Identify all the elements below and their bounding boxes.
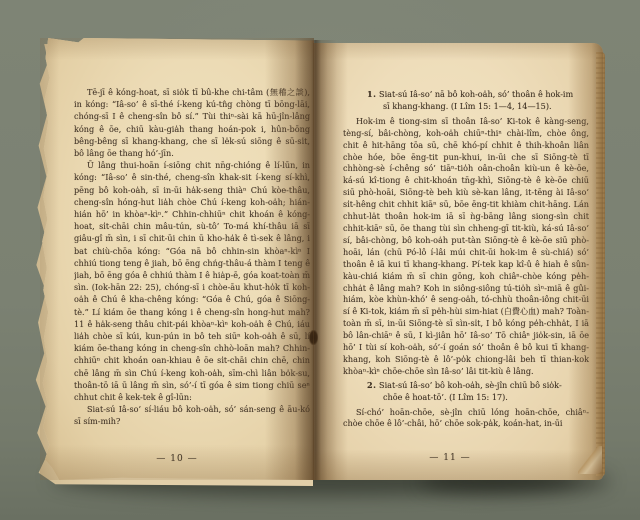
left-paragraph-1: Tē-jī ê kóng-hoat, sī sio̍k tī bû-khe ch…: [74, 86, 310, 159]
left-page-text: Tē-jī ê kóng-hoat, sī sio̍k tī bû-khe ch…: [74, 86, 310, 446]
section-2-heading: 2. Siat-sú Iâ-so’ bô koh-oa̍h, sè-jîn ch…: [343, 380, 589, 404]
section-1-heading: 1. Siat-sú Iâ-so’ nā bô koh-oa̍h, só’ th…: [343, 89, 589, 113]
section-2-number: 2.: [367, 380, 376, 390]
book-photo: Tē-jī ê kóng-hoat, sī sio̍k tī bû-khe ch…: [0, 0, 640, 520]
fore-edge-page-block: [596, 52, 605, 476]
section-1-number: 1.: [367, 89, 376, 99]
gutter-ink-spot: [309, 330, 318, 345]
section-1-body: Hok-im ê tiong-sim sī thoân Iâ-so’ Ki-to…: [343, 116, 589, 378]
right-page-text: 1. Siat-sú Iâ-so’ nā bô koh-oa̍h, só’ th…: [343, 88, 589, 454]
section-2-heading-text: Siat-sú Iâ-so’ bô koh-oa̍h, sè-jîn chiū …: [379, 380, 562, 402]
section-2-body: Sí-chó’ hoān-chōe, sè-jîn chiū lóng hoān…: [343, 407, 589, 431]
left-paragraph-3: Siat-sú Iâ-so’ sí-liáu bô koh-oa̍h, só’ …: [74, 403, 310, 427]
section-2: 2. Siat-sú Iâ-so’ bô koh-oa̍h, sè-jîn ch…: [343, 380, 589, 431]
section-1-heading-text: Siat-sú Iâ-so’ nā bô koh-oa̍h, só’ thoân…: [379, 89, 573, 111]
left-paragraph-2: Ū lâng thui-hoān í-siōng chit nn̄g-chión…: [74, 159, 310, 403]
section-1: 1. Siat-sú Iâ-so’ nā bô koh-oa̍h, só’ th…: [343, 89, 589, 378]
